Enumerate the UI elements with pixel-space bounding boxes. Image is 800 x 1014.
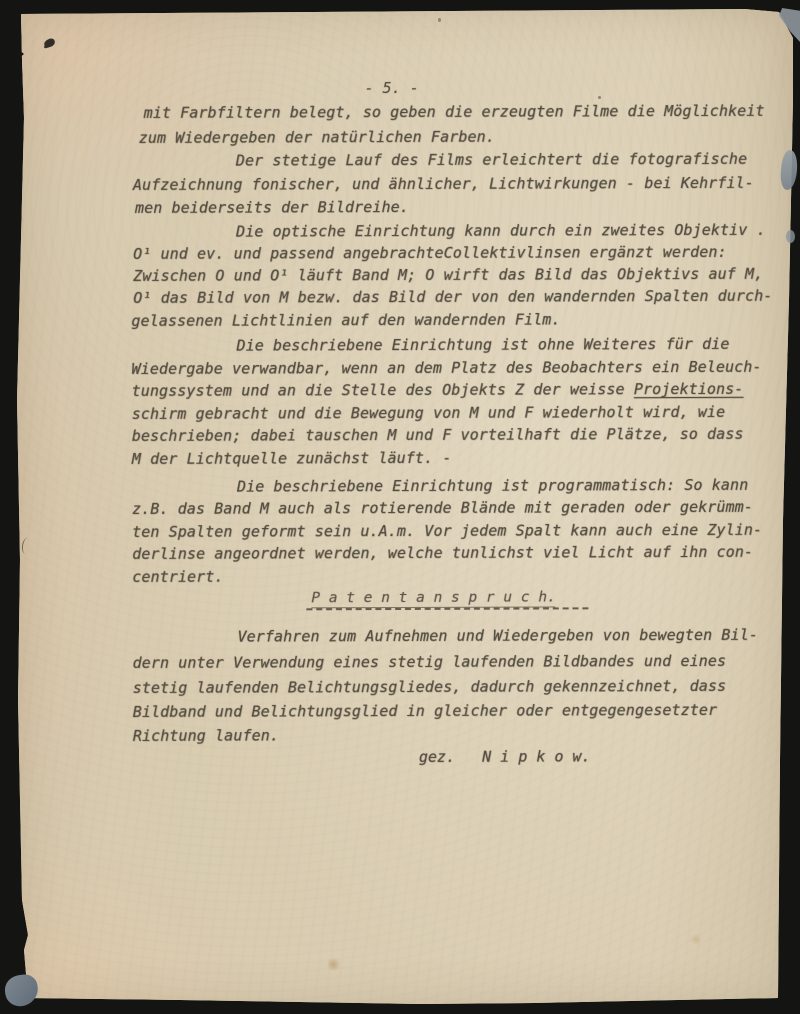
document-body: mit Farbfiltern belegt, so geben die erz… [0,0,798,1]
text-line: Der stetige Lauf des Films erleichtert d… [236,150,747,170]
text-line: schirm gebracht und die Bewegung von M u… [132,403,726,423]
text-line: beschrieben; dabei tauschen M und F vort… [132,425,744,445]
text-line: Zwischen O und O¹ läuft Band M; O wirft … [133,265,763,285]
text-line: Die beschriebene Einrichtung ist program… [237,476,748,496]
claim-heading: P a t e n t a n s p r u c h. [311,589,555,608]
text-line: men beiderseits der Bildreihe. [135,198,409,217]
claim-heading-underline [306,607,588,610]
text-line: Wiedergabe verwandbar, wenn an dem Platz… [132,358,762,378]
text-line: dern unter Verwendung eines stetig laufe… [133,652,727,672]
text-line: Die beschriebene Einrichtung ist ohne We… [236,335,729,355]
text-line: Verfahren zum Aufnehmen und Wiedergeben … [237,626,758,646]
text-line: O¹ und ev. und passend angebrachteCollek… [133,243,727,263]
text-line: derlinse angeordnet werden, welche tunli… [132,543,753,563]
text-line: Bildband und Belichtungsglied in gleiche… [133,701,717,721]
signature-line: gez. N i p k o w. [419,747,591,766]
text-line: tungssystem und an die Stelle des Objekt… [132,380,744,400]
text-line: M der Lichtquelle zunächst läuft. - [132,449,452,468]
text-line: Die optische Einrichtung kann durch ein … [236,221,766,241]
scan-background: - 5. - mit Farbfiltern belegt, so geben … [0,0,800,1014]
text-line: mit Farbfiltern belegt, so geben die erz… [144,102,765,122]
text-line: centriert. [132,568,223,586]
text-line: stetig laufenden Belichtungsgliedes, dad… [133,677,727,697]
page-number: - 5. - [365,79,419,97]
text-line: Richtung laufen. [133,726,279,745]
text-line: gelassenen Lichtlinien auf den wandernde… [131,310,560,329]
text-line: z.B. das Band M auch als rotierende Blän… [132,498,753,518]
text-line: O¹ das Bild von M bezw. das Bild der von… [133,287,772,307]
text-line: Aufzeichnung fonischer, und ähnlicher, L… [133,174,754,194]
typewritten-text-layer: - 5. - mit Farbfiltern belegt, so geben … [0,0,800,1014]
text-line: zum Wiedergeben der natürlichen Farben. [139,128,495,147]
text-line: ten Spalten geformt sein u.A.m. Vor jede… [132,521,762,541]
